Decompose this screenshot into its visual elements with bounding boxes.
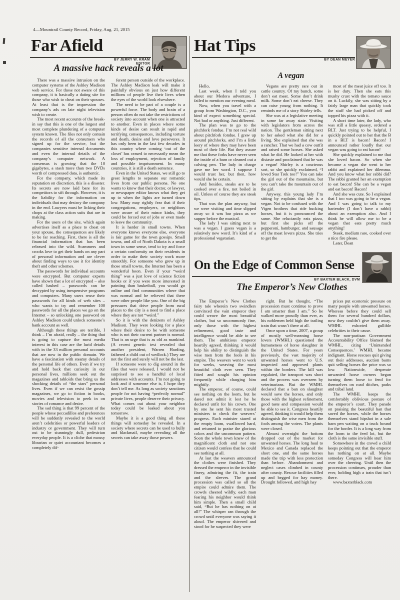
hat-tips-byline-block: BY DEAN MEYER	[235, 58, 355, 64]
hat-tips-headline: Hat Tips	[194, 37, 256, 55]
folio-text: 4—Mountrail County Record, Friday, Aug. …	[33, 27, 183, 32]
baxter-black-headshot-photo	[362, 252, 392, 283]
columnist-portrait-icon	[357, 37, 390, 68]
common-sense-headline-rule	[192, 276, 360, 277]
scan-mark	[3, 61, 6, 64]
hat-tips-column-2: Vegans are pretty rare out in cattle cou…	[261, 84, 323, 258]
common-sense-article-title: The Emperor’s New Clothes	[192, 283, 392, 293]
common-sense-headline: On the Edge of Common Sense	[194, 258, 354, 272]
common-sense-column-1: The Emperor’s New Clothes fairy tale whe…	[194, 299, 256, 590]
far-afield-headline: Far Afield	[31, 37, 103, 55]
common-sense-column-3: prices put economic pressure on many peo…	[328, 299, 391, 590]
newspaper-page: 4—Mountrail County Record, Friday, Aug. …	[0, 0, 400, 600]
hat-tips-article-title: A vegan	[192, 71, 390, 80]
dean-meyer-headshot-photo	[356, 36, 391, 69]
common-sense-byline: BY BAXTER BLACK, DVM	[240, 278, 360, 282]
hat-tips-column-3: most of the meat juice off too. It is he…	[328, 84, 391, 258]
far-afield-column-2: ferent person outside of the workplace. …	[111, 78, 185, 562]
hat-tips-byline: BY DEAN MEYER	[235, 58, 355, 62]
common-sense-column-2: right. But he thought, “The procession m…	[261, 299, 323, 590]
scan-mark	[3, 38, 5, 44]
far-afield-column-1: There was a massive intrusion on the com…	[32, 78, 105, 562]
hat-tips-column-1: Hello,Last week, when I told you about o…	[194, 84, 256, 258]
column-divider-rule	[189, 36, 190, 592]
far-afield-article-title: A massive hack reveals a lot	[30, 64, 187, 74]
cowboy-portrait-icon	[363, 253, 391, 282]
